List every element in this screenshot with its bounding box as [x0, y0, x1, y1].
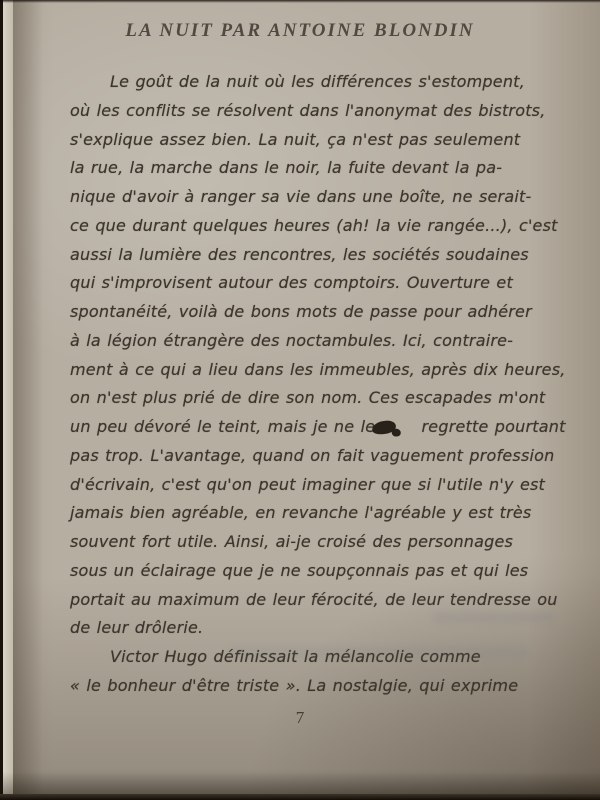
text-line: s'explique assez bien. La nuit, ça n'est… — [70, 126, 562, 155]
body-text: Le goût de la nuit où les différences s'… — [70, 68, 562, 701]
text-line: pas trop. L'avantage, quand on fait vagu… — [70, 442, 562, 471]
page-number: 7 — [0, 708, 600, 728]
text-line: ment à ce qui a lieu dans les immeubles,… — [70, 356, 562, 385]
text-line: aussi la lumière des rencontres, les soc… — [70, 241, 562, 270]
text-line: ce que durant quelques heures (ah! la vi… — [70, 212, 562, 241]
text-line: souvent fort utile. Ainsi, ai-je croisé … — [70, 528, 562, 557]
page-edge-highlight — [3, 0, 13, 800]
text-line: où les conflits se résolvent dans l'anon… — [70, 97, 562, 126]
text-line: sous un éclairage que je ne soupçonnais … — [70, 557, 562, 586]
photo-edge-top — [0, 0, 600, 3]
page-bottom-shadow — [0, 772, 600, 794]
text-line: portait au maximum de leur férocité, de … — [70, 586, 562, 615]
book-page-photo: LA NUIT PAR ANTOINE BLONDIN Le goût de l… — [0, 0, 600, 800]
text-line: on n'est plus prié de dire son nom. Ces … — [70, 384, 562, 413]
show-through-ghost — [228, 646, 528, 658]
text-line: à la légion étrangère des noctambules. I… — [70, 327, 562, 356]
text-line: la rue, la marche dans le noir, la fuite… — [70, 154, 562, 183]
text-line: un peu dévoré le teint, mais je ne les r… — [70, 413, 562, 442]
text-line: « le bonheur d'être triste ». La nostalg… — [70, 672, 562, 701]
text-line: nique d'avoir à ranger sa vie dans une b… — [70, 183, 562, 212]
text-line: Le goût de la nuit où les différences s'… — [70, 68, 562, 97]
text-line: qui s'improvisent autour des comptoirs. … — [70, 269, 562, 298]
photo-edge-left — [0, 0, 3, 800]
text-line: d'écrivain, c'est qu'on peut imaginer qu… — [70, 471, 562, 500]
photo-edge-bottom — [0, 794, 600, 800]
text-line: spontanéité, voilà de bons mots de passe… — [70, 298, 562, 327]
gutter-shadow — [13, 0, 43, 800]
show-through-ghost — [432, 612, 554, 623]
paragraph-1: Le goût de la nuit où les différences s'… — [70, 68, 562, 643]
page-title: LA NUIT PAR ANTOINE BLONDIN — [0, 20, 600, 42]
text-line: jamais bien agréable, en revanche l'agré… — [70, 499, 562, 528]
